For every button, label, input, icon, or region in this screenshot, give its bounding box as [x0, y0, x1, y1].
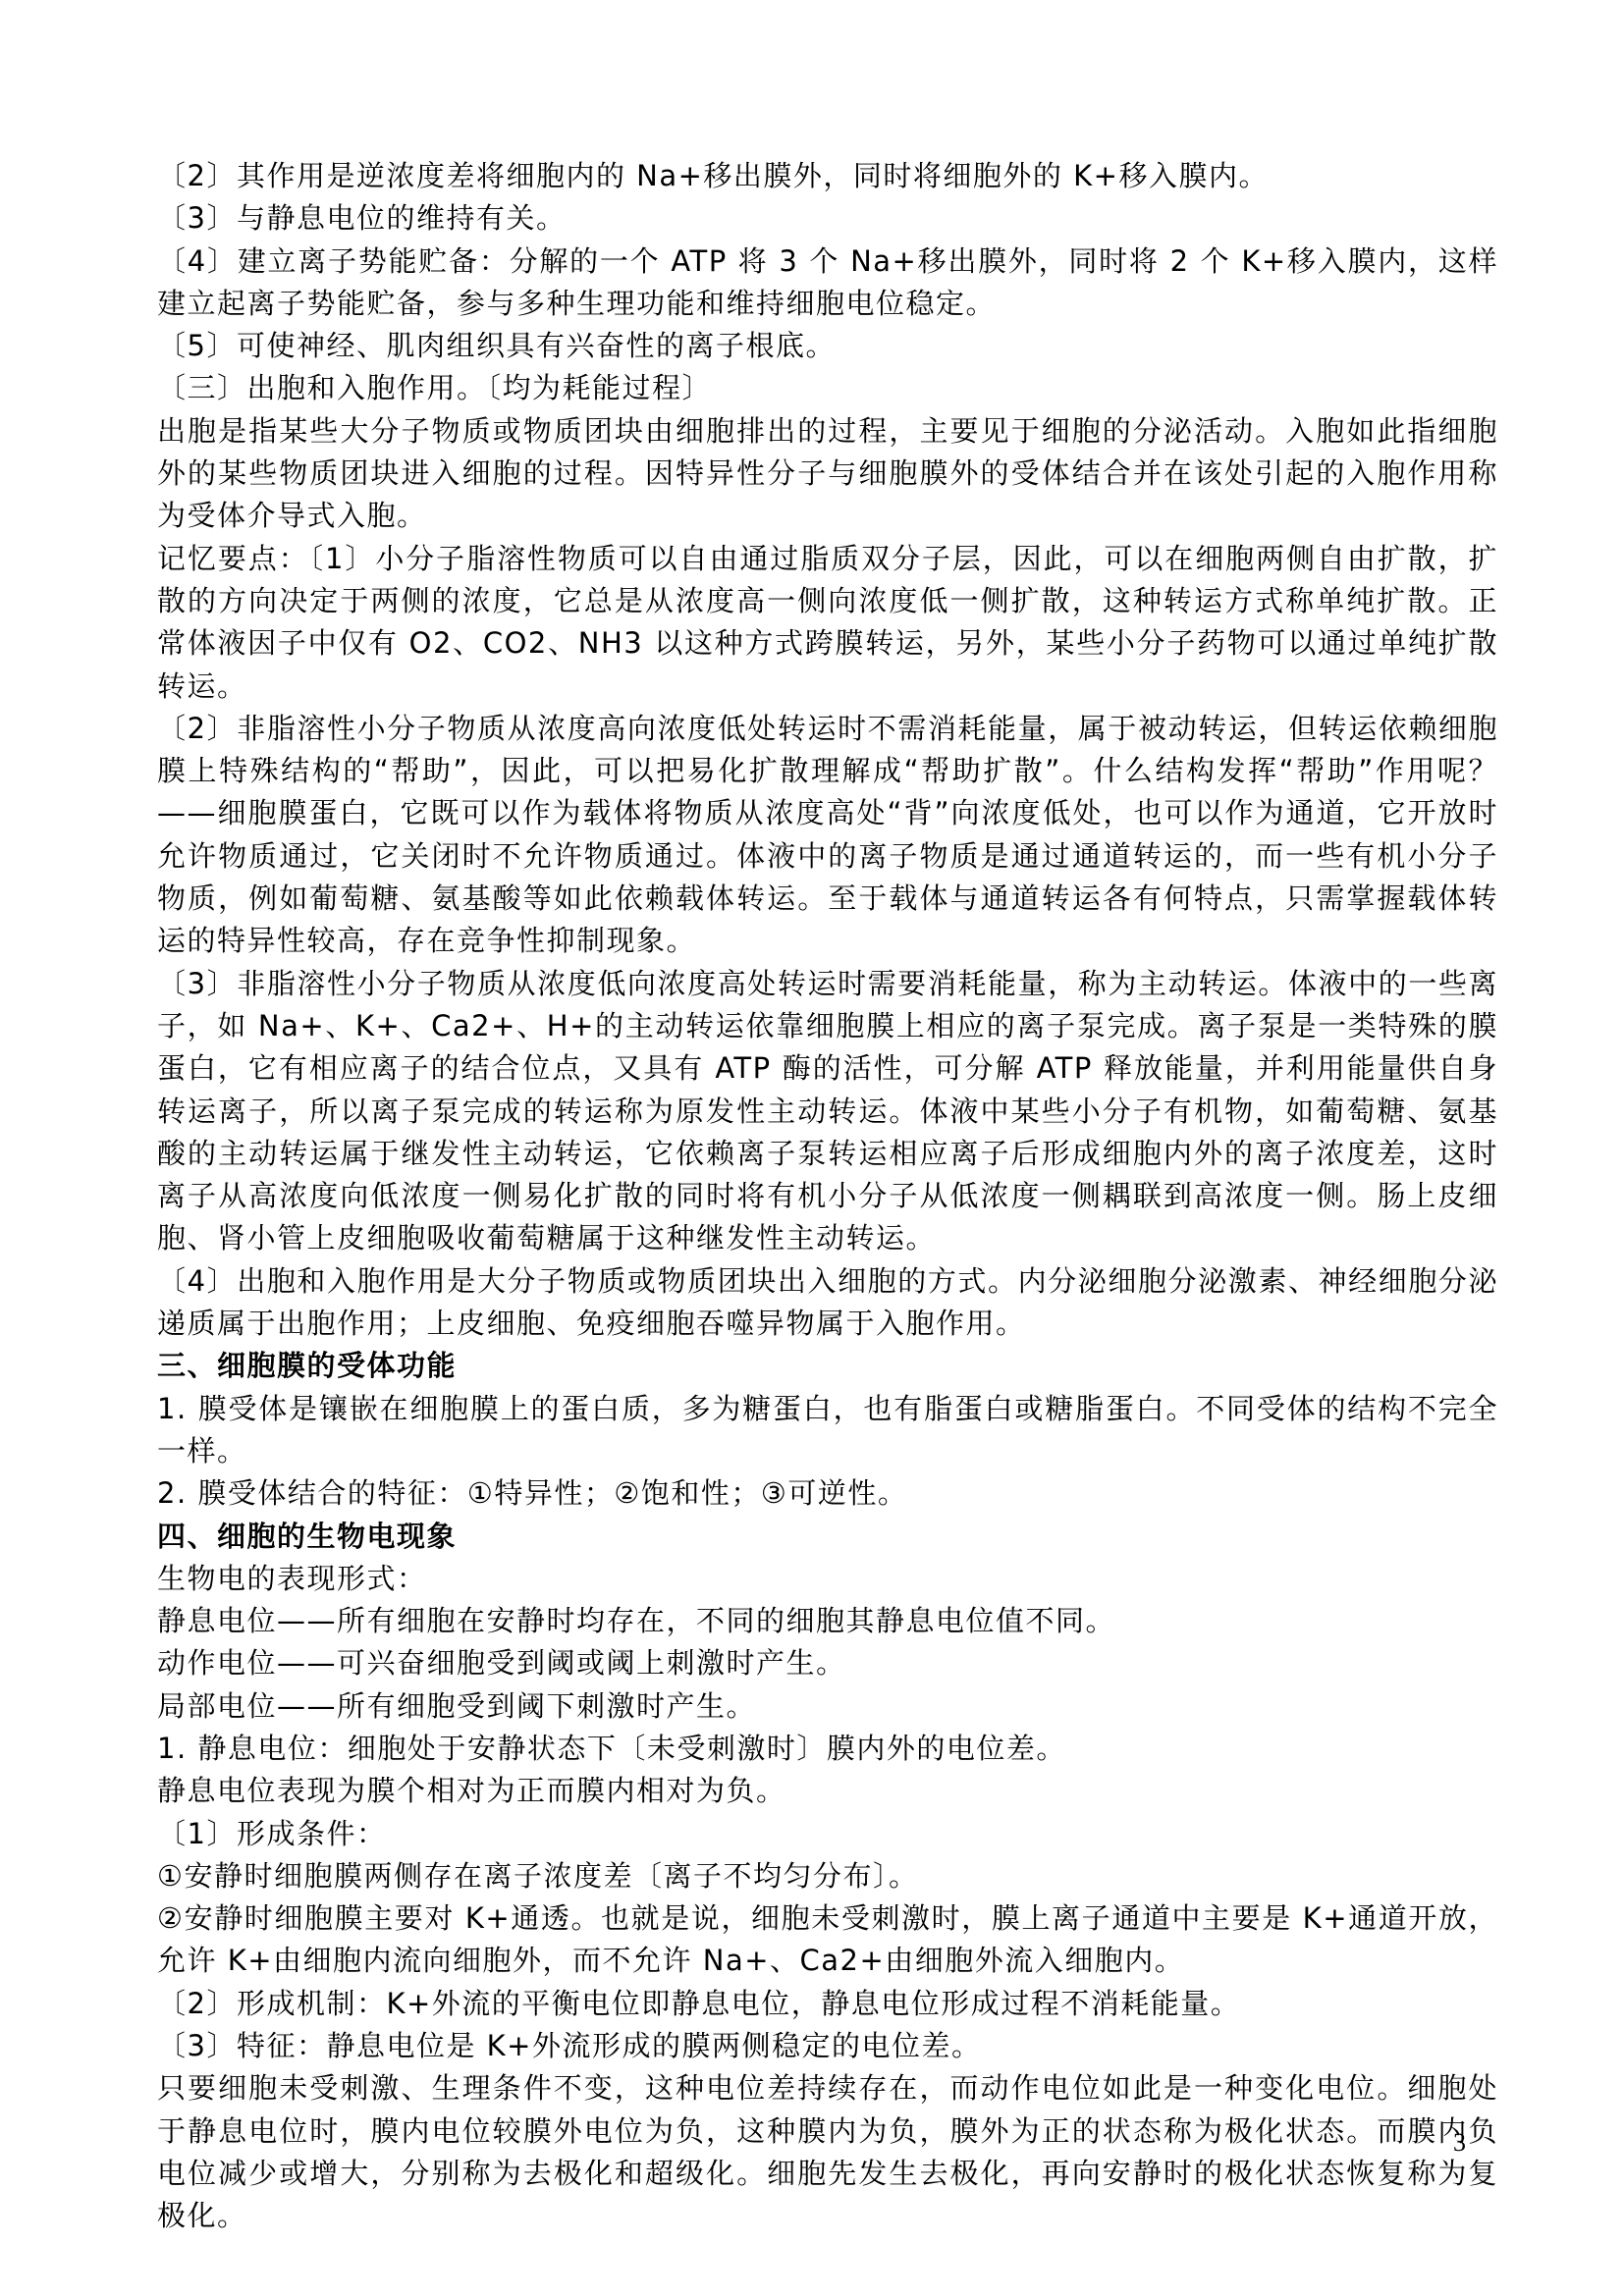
paragraph-condition-2: ②安静时细胞膜主要对 K+通透。也就是说，细胞未受刺激时，膜上离子通道中主要是 … — [157, 1897, 1498, 1983]
section-heading-receptor-function: 三、细胞膜的受体功能 — [157, 1345, 1498, 1387]
paragraph-exocytosis-definition: 出胞是指某些大分子物质或物质团块由细胞排出的过程，主要见于细胞的分泌活动。入胞如… — [157, 410, 1498, 538]
paragraph-condition-1: ①安静时细胞膜两侧存在离子浓度差〔离子不均匀分布〕。 — [157, 1855, 1498, 1897]
document-body: 〔2〕其作用是逆浓度差将细胞内的 Na+移出膜外，同时将细胞外的 K+移入膜内。… — [157, 155, 1498, 2238]
paragraph-local-potential-def: 局部电位——所有细胞受到阈下刺激时产生。 — [157, 1685, 1498, 1728]
paragraph-memory-point-2: 〔2〕非脂溶性小分子物质从浓度高向浓度低处转运时不需消耗能量，属于被动转运，但转… — [157, 708, 1498, 963]
page-number: 3 — [1453, 2128, 1466, 2158]
paragraph-memory-point-1: 记忆要点：〔1〕小分子脂溶性物质可以自由通过脂质双分子层，因此，可以在细胞两侧自… — [157, 538, 1498, 708]
paragraph-sodium-pump-function-2: 〔2〕其作用是逆浓度差将细胞内的 Na+移出膜外，同时将细胞外的 K+移入膜内。 — [157, 155, 1498, 197]
paragraph-sodium-pump-function-4: 〔4〕建立离子势能贮备：分解的一个 ATP 将 3 个 Na+移出膜外，同时将 … — [157, 240, 1498, 326]
paragraph-receptor-2: 2. 膜受体结合的特征：①特异性；②饱和性；③可逆性。 — [157, 1472, 1498, 1515]
paragraph-formation-mechanism: 〔2〕形成机制：K+外流的平衡电位即静息电位，静息电位形成过程不消耗能量。 — [157, 1983, 1498, 2025]
paragraph-formation-conditions: 〔1〕形成条件： — [157, 1813, 1498, 1855]
paragraph-sodium-pump-function-3: 〔3〕与静息电位的维持有关。 — [157, 197, 1498, 240]
paragraph-characteristics: 〔3〕特征：静息电位是 K+外流形成的膜两侧稳定的电位差。 — [157, 2025, 1498, 2067]
paragraph-polarization: 只要细胞未受刺激、生理条件不变，这种电位差持续存在，而动作电位如此是一种变化电位… — [157, 2067, 1498, 2237]
paragraph-memory-point-4: 〔4〕出胞和入胞作用是大分子物质或物质团块出入细胞的方式。内分泌细胞分泌激素、神… — [157, 1260, 1498, 1346]
paragraph-bioelectric-forms: 生物电的表现形式： — [157, 1558, 1498, 1600]
paragraph-resting-potential-def: 静息电位——所有细胞在安静时均存在，不同的细胞其静息电位值不同。 — [157, 1600, 1498, 1642]
paragraph-memory-point-3: 〔3〕非脂溶性小分子物质从浓度低向浓度高处转运时需要消耗能量，称为主动转运。体液… — [157, 963, 1498, 1260]
paragraph-action-potential-def: 动作电位——可兴奋细胞受到阈或阈上刺激时产生。 — [157, 1642, 1498, 1684]
paragraph-resting-potential-polarity: 静息电位表现为膜个相对为正而膜内相对为负。 — [157, 1770, 1498, 1812]
paragraph-receptor-1: 1. 膜受体是镶嵌在细胞膜上的蛋白质，多为糖蛋白，也有脂蛋白或糖脂蛋白。不同受体… — [157, 1388, 1498, 1473]
subheading-exocytosis-endocytosis: 〔三〕出胞和入胞作用。〔均为耗能过程〕 — [157, 367, 1498, 409]
paragraph-sodium-pump-function-5: 〔5〕可使神经、肌肉组织具有兴奋性的离子根底。 — [157, 325, 1498, 367]
section-heading-bioelectric: 四、细胞的生物电现象 — [157, 1516, 1498, 1558]
paragraph-resting-potential-1: 1. 静息电位：细胞处于安静状态下〔未受刺激时〕膜内外的电位差。 — [157, 1728, 1498, 1770]
